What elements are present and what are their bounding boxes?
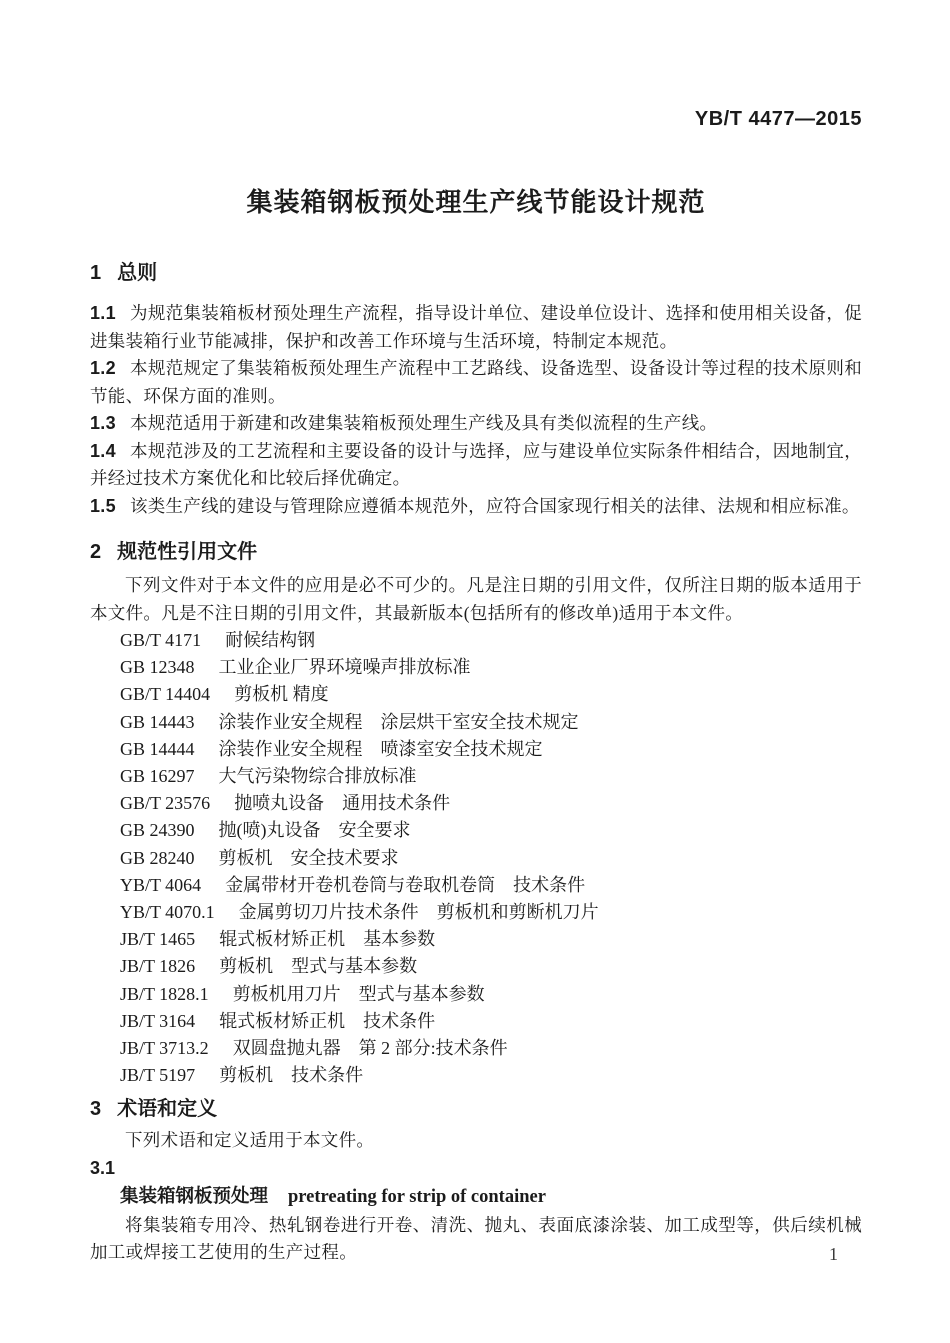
reference-code: JB/T 1826 [120, 956, 195, 976]
reference-title: 剪板机 精度 [234, 684, 329, 704]
section-2-intro: 下列文件对于本文件的应用是必不可少的。凡是注日期的引用文件，仅所注日期的版本适用… [90, 572, 862, 627]
clause-1-4-number: 1.4 [90, 441, 116, 461]
clause-1-3: 1.3本规范适用于新建和改建集装箱板预处理生产线及具有类似流程的生产线。 [90, 410, 862, 438]
reference-code: GB/T 4171 [120, 630, 201, 650]
section-1-number: 1 [90, 262, 101, 284]
clause-1-5-text: 该类生产线的建设与管理除应遵循本规范外，应符合国家现行相关的法律、法规和相应标准… [130, 496, 860, 516]
reference-title: 剪板机 安全技术要求 [219, 848, 399, 868]
clause-1-1: 1.1为规范集装箱板材预处理生产流程，指导设计单位、建设单位设计、选择和使用相关… [90, 300, 862, 355]
reference-title: 抛喷丸设备 通用技术条件 [234, 793, 450, 813]
reference-title: 涂装作业安全规程 喷漆室安全技术规定 [219, 739, 543, 759]
reference-item: YB/T 4064金属带材开卷机卷筒与卷取机卷筒 技术条件 [120, 872, 862, 899]
clause-1-3-number: 1.3 [90, 413, 116, 433]
reference-item: YB/T 4070.1金属剪切刀片技术条件 剪板机和剪断机刀片 [120, 899, 862, 926]
reference-item: JB/T 3164辊式板材矫正机 技术条件 [120, 1008, 862, 1035]
section-2-number: 2 [90, 541, 101, 563]
doc-number: YB/T 4477—2015 [90, 106, 862, 132]
clause-1-4-text: 本规范涉及的工艺流程和主要设备的设计与选择，应与建设单位实际条件相结合，因地制宜… [90, 441, 862, 489]
reference-item: JB/T 3713.2双圆盘抛丸器 第 2 部分:技术条件 [120, 1035, 862, 1062]
section-2-heading: 2规范性引用文件 [90, 539, 862, 565]
term-definition: 将集装箱专用冷、热轧钢卷进行开卷、清洗、抛丸、表面底漆涂装、加工成型等，供后续机… [90, 1212, 862, 1267]
clause-1-5: 1.5该类生产线的建设与管理除应遵循本规范外，应符合国家现行相关的法律、法规和相… [90, 493, 862, 521]
section-3-heading: 3术语和定义 [90, 1096, 862, 1122]
section-2-title: 规范性引用文件 [117, 541, 257, 563]
clause-1-2-number: 1.2 [90, 358, 116, 378]
reference-title: 耐候结构钢 [225, 630, 315, 650]
reference-item: GB 14444涂装作业安全规程 喷漆室安全技术规定 [120, 736, 862, 763]
reference-code: GB 28240 [120, 848, 195, 868]
reference-code: JB/T 1828.1 [120, 984, 209, 1004]
reference-title: 剪板机 型式与基本参数 [219, 956, 417, 976]
reference-title: 抛(喷)丸设备 安全要求 [219, 820, 411, 840]
clause-1-5-number: 1.5 [90, 496, 116, 516]
reference-title: 涂装作业安全规程 涂层烘干室安全技术规定 [219, 712, 579, 732]
reference-title: 工业企业厂界环境噪声排放标准 [219, 657, 471, 677]
clause-1-1-number: 1.1 [90, 303, 116, 323]
clause-1-4: 1.4本规范涉及的工艺流程和主要设备的设计与选择，应与建设单位实际条件相结合，因… [90, 438, 862, 493]
reference-title: 辊式板材矫正机 基本参数 [219, 929, 435, 949]
reference-code: JB/T 1465 [120, 929, 195, 949]
clause-1-2: 1.2本规范规定了集装箱板预处理生产流程中工艺路线、设备选型、设备设计等过程的技… [90, 355, 862, 410]
reference-code: GB 24390 [120, 820, 195, 840]
reference-list: GB/T 4171耐候结构钢 GB 12348工业企业厂界环境噪声排放标准 GB… [90, 627, 862, 1089]
reference-title: 双圆盘抛丸器 第 2 部分:技术条件 [233, 1038, 508, 1058]
reference-title: 辊式板材矫正机 技术条件 [219, 1011, 435, 1031]
reference-title: 大气污染物综合排放标准 [219, 766, 417, 786]
reference-item: GB 14443涂装作业安全规程 涂层烘干室安全技术规定 [120, 709, 862, 736]
reference-item: JB/T 1465辊式板材矫正机 基本参数 [120, 926, 862, 953]
reference-item: GB 28240剪板机 安全技术要求 [120, 845, 862, 872]
reference-code: JB/T 3713.2 [120, 1038, 209, 1058]
reference-code: GB/T 14404 [120, 684, 210, 704]
reference-item: JB/T 1828.1剪板机用刀片 型式与基本参数 [120, 981, 862, 1008]
reference-title: 剪板机 技术条件 [219, 1065, 363, 1085]
section-1-heading: 1总则 [90, 260, 862, 286]
term-number: 3.1 [90, 1155, 862, 1183]
term-line: 集装箱钢板预处理pretreating for strip of contain… [90, 1182, 862, 1212]
reference-item: GB/T 14404剪板机 精度 [120, 681, 862, 708]
reference-item: GB/T 23576抛喷丸设备 通用技术条件 [120, 790, 862, 817]
section-3-title: 术语和定义 [117, 1098, 217, 1120]
section-3-number: 3 [90, 1098, 101, 1120]
reference-code: GB/T 23576 [120, 793, 210, 813]
reference-item: GB/T 4171耐候结构钢 [120, 627, 862, 654]
reference-code: JB/T 5197 [120, 1065, 195, 1085]
doc-title: 集装箱钢板预处理生产线节能设计规范 [90, 184, 862, 220]
document-page: YB/T 4477—2015 集装箱钢板预处理生产线节能设计规范 1总则 1.1… [0, 0, 950, 1343]
page-number: 1 [829, 1244, 838, 1265]
reference-code: YB/T 4070.1 [120, 902, 215, 922]
reference-code: YB/T 4064 [120, 875, 201, 895]
reference-title: 金属剪切刀片技术条件 剪板机和剪断机刀片 [239, 902, 599, 922]
section-1-title: 总则 [117, 262, 157, 284]
reference-code: GB 16297 [120, 766, 195, 786]
reference-item: GB 16297大气污染物综合排放标准 [120, 763, 862, 790]
clause-1-2-text: 本规范规定了集装箱板预处理生产流程中工艺路线、设备选型、设备设计等过程的技术原则… [90, 358, 862, 406]
reference-item: JB/T 1826剪板机 型式与基本参数 [120, 953, 862, 980]
reference-item: JB/T 5197剪板机 技术条件 [120, 1062, 862, 1089]
section-3-intro: 下列术语和定义适用于本文件。 [90, 1127, 862, 1155]
section-1-clauses: 1.1为规范集装箱板材预处理生产流程，指导设计单位、建设单位设计、选择和使用相关… [90, 300, 862, 520]
reference-title: 金属带材开卷机卷筒与卷取机卷筒 技术条件 [225, 875, 585, 895]
clause-1-1-text: 为规范集装箱板材预处理生产流程，指导设计单位、建设单位设计、选择和使用相关设备，… [90, 303, 862, 351]
term-en: pretreating for strip of container [288, 1187, 546, 1207]
reference-title: 剪板机用刀片 型式与基本参数 [233, 984, 485, 1004]
reference-item: GB 24390抛(喷)丸设备 安全要求 [120, 817, 862, 844]
reference-code: GB 12348 [120, 657, 195, 677]
reference-code: GB 14443 [120, 712, 195, 732]
term-zh: 集装箱钢板预处理 [120, 1185, 268, 1206]
clause-1-3-text: 本规范适用于新建和改建集装箱板预处理生产线及具有类似流程的生产线。 [130, 413, 717, 433]
reference-item: GB 12348工业企业厂界环境噪声排放标准 [120, 654, 862, 681]
reference-code: JB/T 3164 [120, 1011, 195, 1031]
reference-code: GB 14444 [120, 739, 195, 759]
